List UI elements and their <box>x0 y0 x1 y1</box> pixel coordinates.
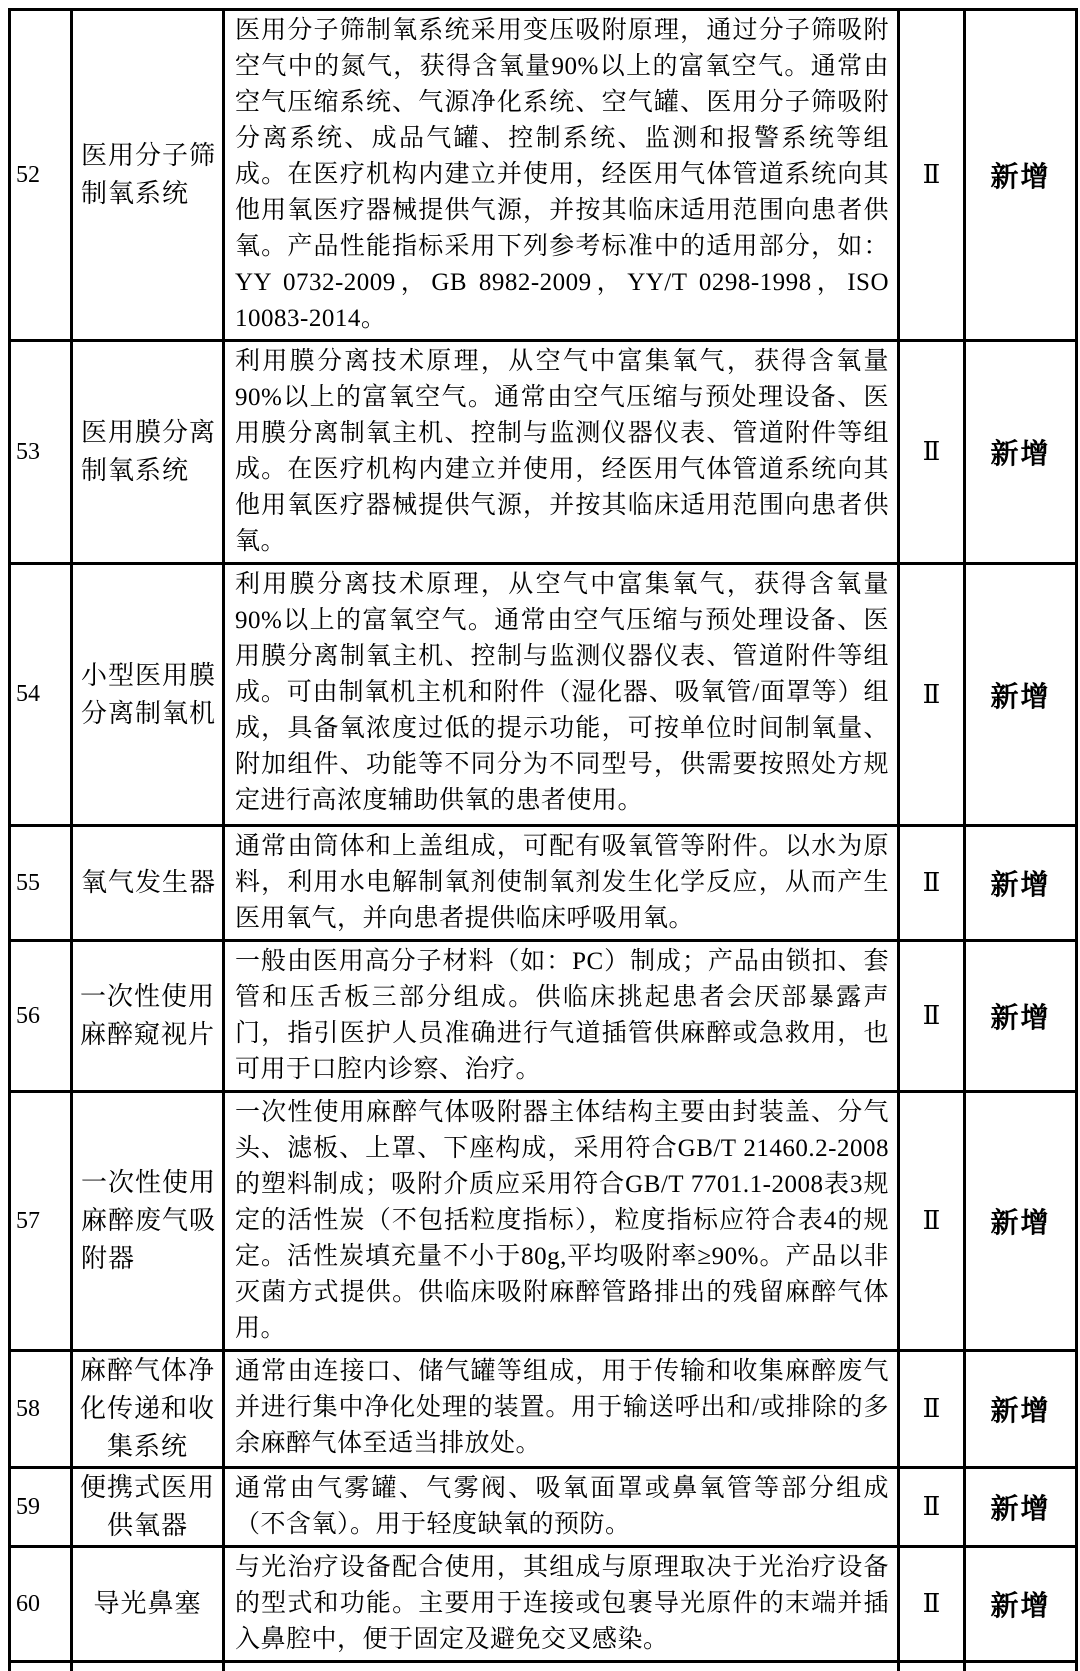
device-name: 医用膜分离制氧系统 <box>72 341 224 564</box>
management-class: Ⅱ <box>899 564 965 826</box>
row-number: 53 <box>10 341 72 564</box>
device-name: 一次性使用麻醉废气吸附器 <box>72 1092 224 1351</box>
device-description: 通常由气雾罐、气雾阀、吸氧面罩或鼻氧管等部分组成（不含氧）。用于轻度缺氧的预防。 <box>224 1468 899 1530</box>
device-description: 通常由连接口、储气罐等组成，用于传输和收集麻醉废气并进行集中净化处理的装置。用于… <box>224 1351 899 1468</box>
row-number: 57 <box>10 1092 72 1351</box>
device-name: 便携式医用供氧器 <box>72 1468 224 1530</box>
device-description: 一般由医用高分子材料（如：PC）制成；产品由锁扣、套管和压舌板三部分组成。供临床… <box>224 941 899 1092</box>
device-description: 一次性使用麻醉气体吸附器主体结构主要由封装盖、分气头、滤板、上罩、下座构成，采用… <box>224 1092 899 1351</box>
status-label: 新增 <box>965 941 1077 1092</box>
management-class: Ⅱ <box>899 1092 965 1351</box>
device-name: 一次性使用麻醉窥视片 <box>72 941 224 1092</box>
row-number: 56 <box>10 941 72 1092</box>
status-label: 新增 <box>965 10 1077 341</box>
row-number: 59 <box>10 1468 72 1530</box>
device-description: 医用分子筛制氧系统采用变压吸附原理，通过分子筛吸附空气中的氮气，获得含氧量90%… <box>224 10 899 341</box>
row-number: 52 <box>10 10 72 341</box>
device-name: 小型医用膜分离制氧机 <box>72 564 224 826</box>
management-class: Ⅱ <box>899 826 965 941</box>
management-class: Ⅱ <box>899 1468 965 1530</box>
table-row: 58 麻醉气体净化传递和收集系统 通常由连接口、储气罐等组成，用于传输和收集麻醉… <box>10 1351 1077 1468</box>
device-name: 麻醉气体净化传递和收集系统 <box>72 1351 224 1468</box>
status-label: 新增 <box>965 1351 1077 1468</box>
status-label: 新增 <box>965 564 1077 826</box>
device-name: 医用分子筛制氧系统 <box>72 10 224 341</box>
table-row: 54 小型医用膜分离制氧机 利用膜分离技术原理，从空气中富集氧气，获得含氧量90… <box>10 564 1077 826</box>
device-description: 利用膜分离技术原理，从空气中富集氧气，获得含氧量90%以上的富氧空气。通常由空气… <box>224 564 899 826</box>
device-name: 氧气发生器 <box>72 826 224 941</box>
document-page: 52 医用分子筛制氧系统 医用分子筛制氧系统采用变压吸附原理，通过分子筛吸附空气… <box>8 8 1075 1529</box>
management-class: Ⅱ <box>899 1351 965 1468</box>
table-row: 57 一次性使用麻醉废气吸附器 一次性使用麻醉气体吸附器主体结构主要由封装盖、分… <box>10 1092 1077 1351</box>
row-number: 55 <box>10 826 72 941</box>
table-row: 59 便携式医用供氧器 通常由气雾罐、气雾阀、吸氧面罩或鼻氧管等部分组成（不含氧… <box>10 1468 1077 1530</box>
status-label: 新增 <box>965 1092 1077 1351</box>
management-class: Ⅱ <box>899 341 965 564</box>
management-class: Ⅱ <box>899 10 965 341</box>
device-description: 通常由筒体和上盖组成，可配有吸氧管等附件。以水为原料，利用水电解制氧剂使制氧剂发… <box>224 826 899 941</box>
management-class: Ⅱ <box>899 941 965 1092</box>
device-description: 利用膜分离技术原理，从空气中富集氧气，获得含氧量90%以上的富氧空气。通常由空气… <box>224 341 899 564</box>
table-row: 52 医用分子筛制氧系统 医用分子筛制氧系统采用变压吸附原理，通过分子筛吸附空气… <box>10 10 1077 341</box>
table-row: 53 医用膜分离制氧系统 利用膜分离技术原理，从空气中富集氧气，获得含氧量90%… <box>10 341 1077 564</box>
status-label: 新增 <box>965 826 1077 941</box>
row-number: 58 <box>10 1351 72 1468</box>
table-row: 55 氧气发生器 通常由筒体和上盖组成，可配有吸氧管等附件。以水为原料，利用水电… <box>10 826 1077 941</box>
device-classification-table: 52 医用分子筛制氧系统 医用分子筛制氧系统采用变压吸附原理，通过分子筛吸附空气… <box>8 8 1078 1529</box>
table-row: 56 一次性使用麻醉窥视片 一般由医用高分子材料（如：PC）制成；产品由锁扣、套… <box>10 941 1077 1092</box>
row-number: 54 <box>10 564 72 826</box>
status-label: 新增 <box>965 341 1077 564</box>
status-label: 新增 <box>965 1468 1077 1530</box>
